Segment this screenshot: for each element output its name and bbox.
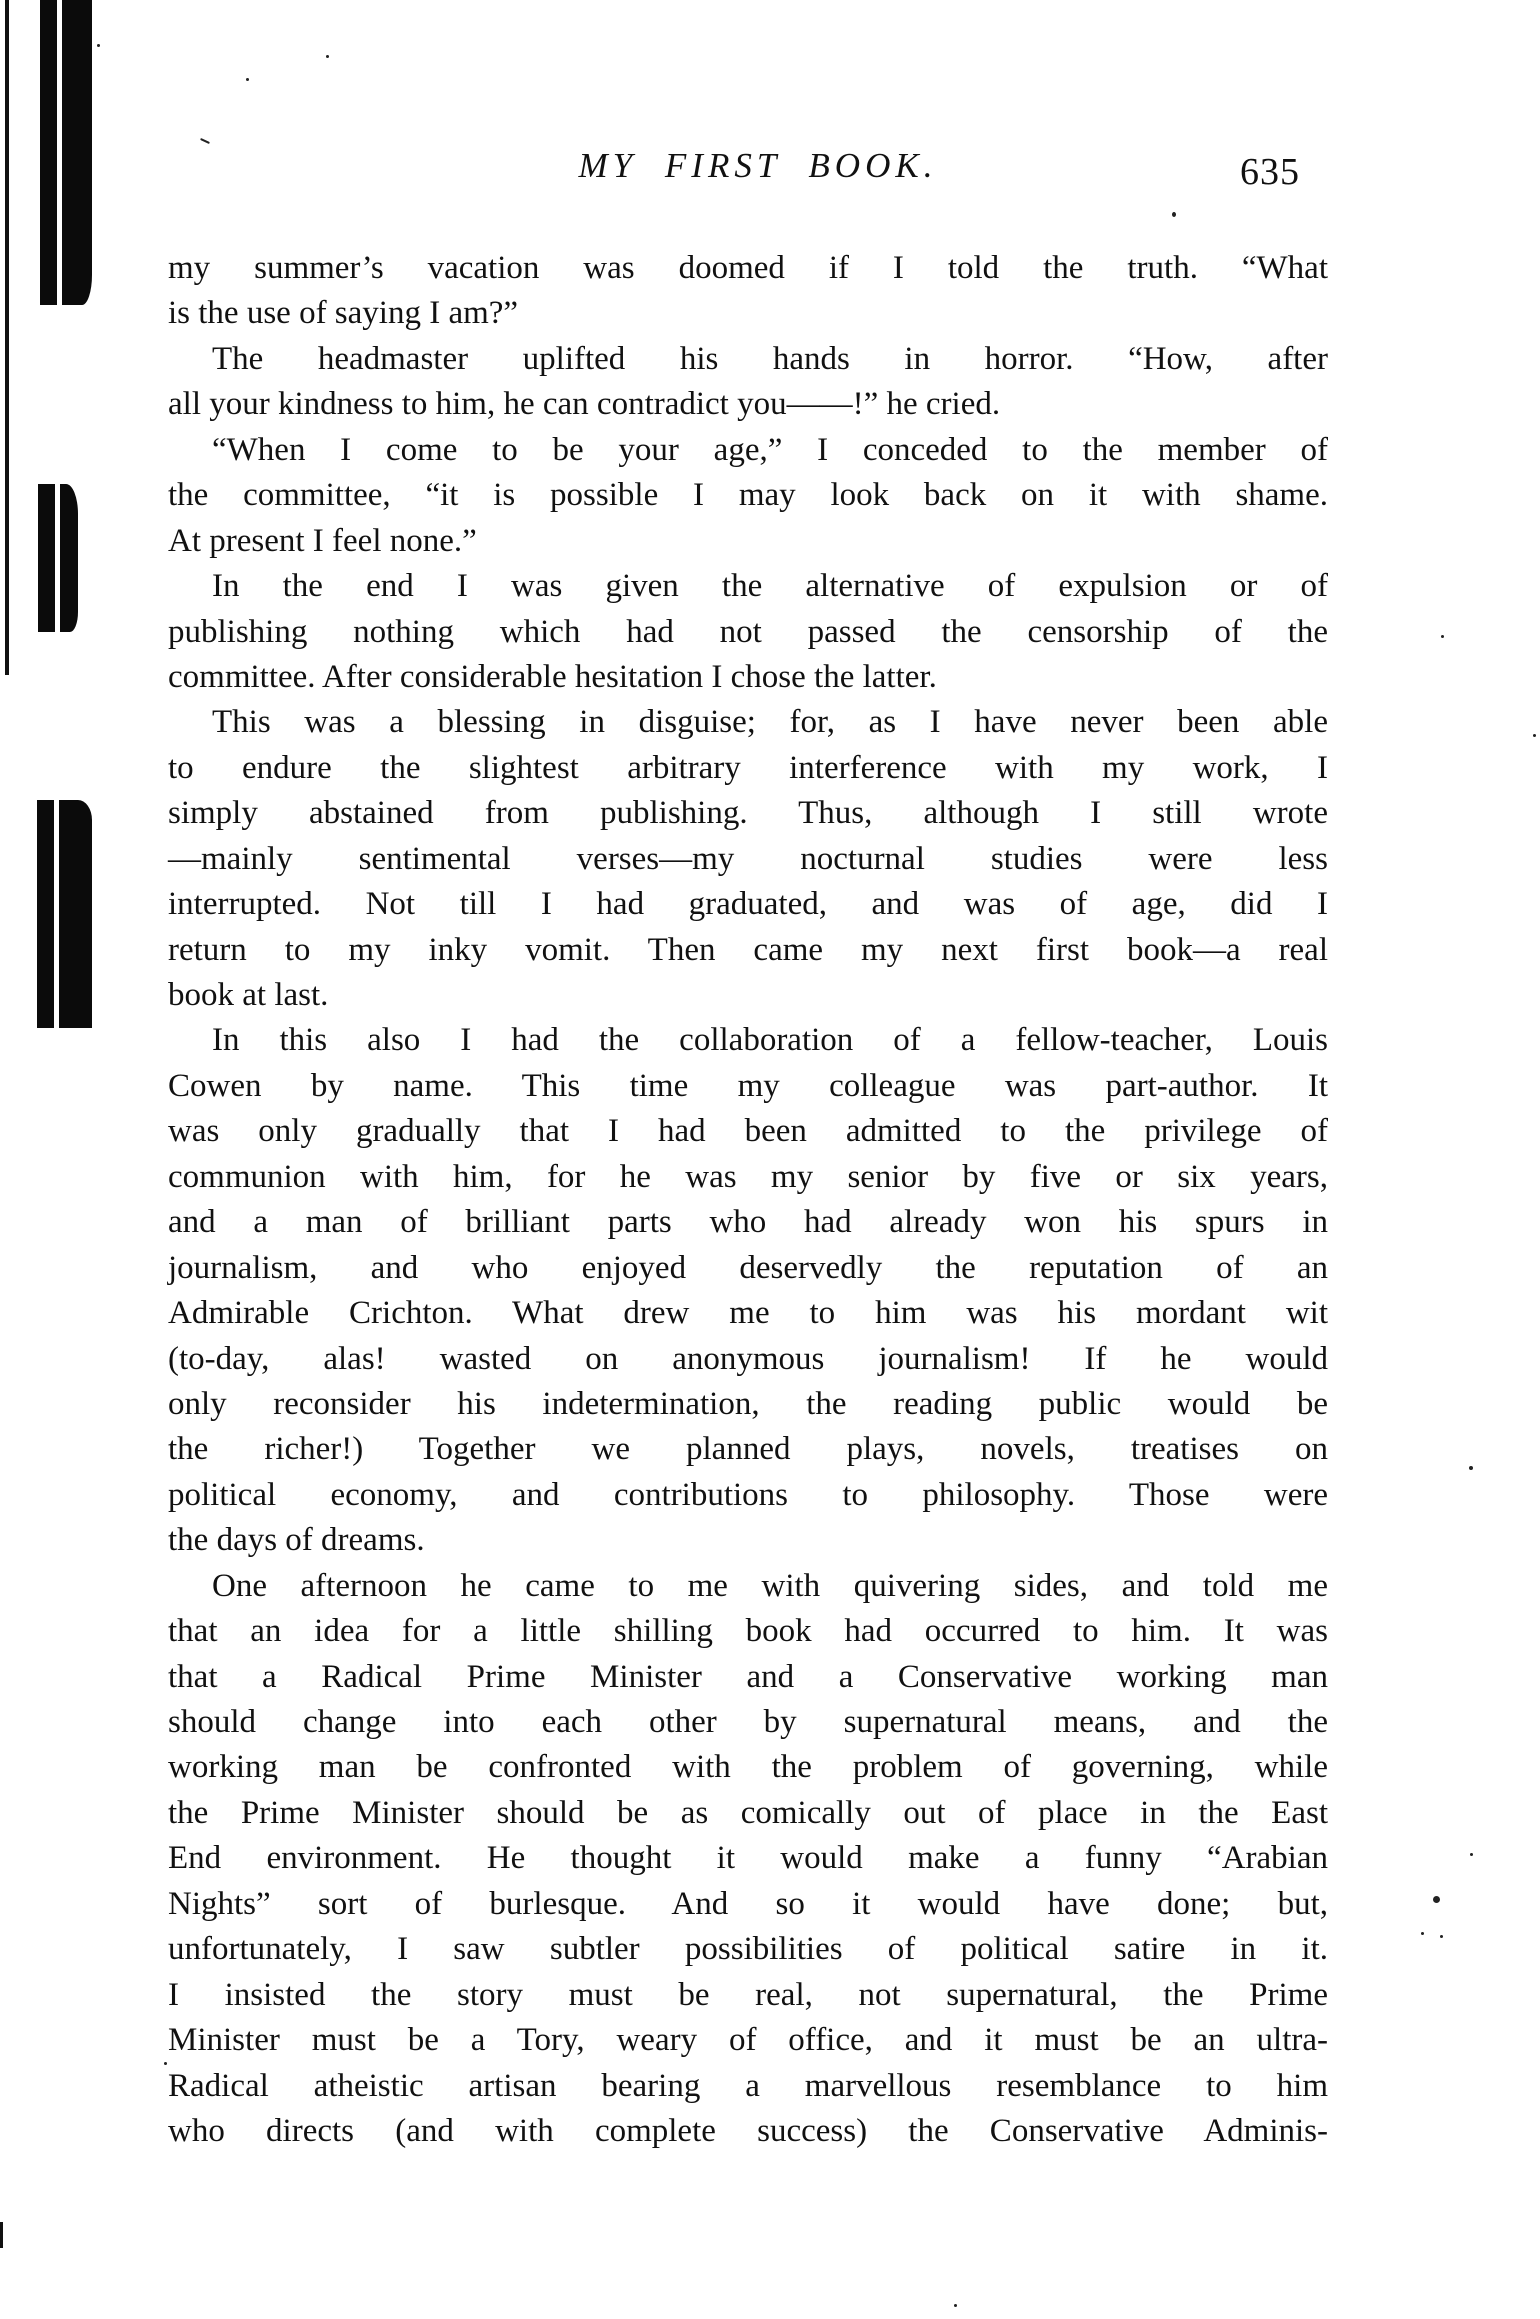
text-line: should change into each other by superna… <box>168 1700 1328 1745</box>
text-line: unfortunately, I saw subtler possibiliti… <box>168 1927 1328 1972</box>
text-line: simply abstained from publishing. Thus, … <box>168 791 1328 836</box>
text-line: communion with him, for he was my senior… <box>168 1155 1328 1200</box>
text-line: journalism, and who enjoyed deservedly t… <box>168 1246 1328 1291</box>
paragraph: One afternoon he came to me with quiveri… <box>168 1564 1328 2155</box>
scan-edge-mark <box>0 2222 3 2248</box>
scan-speck <box>1470 1853 1473 1856</box>
text-line: (to-day, alas! wasted on anonymous journ… <box>168 1337 1328 1382</box>
scan-speck <box>164 2062 167 2065</box>
text-line: —mainly sentimental verses—my nocturnal … <box>168 837 1328 882</box>
text-line: political economy, and contributions to … <box>168 1473 1328 1518</box>
text-line: book at last. <box>168 973 1328 1018</box>
text-line: The headmaster uplifted his hands in hor… <box>168 337 1328 382</box>
scan-speck <box>1172 212 1176 217</box>
running-head: MY FIRST BOOK. <box>0 146 1540 186</box>
text-line: publishing nothing which had not passed … <box>168 610 1328 655</box>
text-line: At present I feel none.” <box>168 519 1328 564</box>
text-line: that an idea for a little shilling book … <box>168 1609 1328 1654</box>
scan-speck <box>1441 635 1444 638</box>
scan-speck <box>1433 1896 1440 1903</box>
paragraph: The headmaster uplifted his hands in hor… <box>168 337 1328 428</box>
text-line: return to my inky vomit. Then came my ne… <box>168 928 1328 973</box>
text-line: the richer!) Together we planned plays, … <box>168 1427 1328 1472</box>
text-line: One afternoon he came to me with quiveri… <box>168 1564 1328 1609</box>
paragraph: In the end I was given the alternative o… <box>168 564 1328 700</box>
scan-speck <box>1440 1935 1443 1938</box>
text-line: Admirable Crichton. What drew me to him … <box>168 1291 1328 1336</box>
text-line: is the use of saying I am?” <box>168 291 1328 336</box>
text-line: and a man of brilliant parts who had alr… <box>168 1200 1328 1245</box>
text-line: This was a blessing in disguise; for, as… <box>168 700 1328 745</box>
text-line: Radical atheistic artisan bearing a marv… <box>168 2064 1328 2109</box>
text-line: End environment. He thought it would mak… <box>168 1836 1328 1881</box>
body-text: my summer’s vacation was doomed if I tol… <box>168 246 1328 2154</box>
text-line: who directs (and with complete success) … <box>168 2109 1328 2154</box>
text-line: Nights” sort of burlesque. And so it wou… <box>168 1882 1328 1927</box>
text-line: I insisted the story must be real, not s… <box>168 1973 1328 2018</box>
text-line: the Prime Minister should be as comicall… <box>168 1791 1328 1836</box>
scanned-book-page: MY FIRST BOOK. 635 my summer’s vacation … <box>0 0 1540 2319</box>
scan-speck <box>1421 1932 1424 1935</box>
scan-binding-shadow-lower <box>37 800 92 1028</box>
text-line: to endure the slightest arbitrary interf… <box>168 746 1328 791</box>
scan-speck <box>954 2304 957 2307</box>
text-line: Minister must be a Tory, weary of office… <box>168 2018 1328 2063</box>
scan-speck <box>1533 734 1536 737</box>
text-line: interrupted. Not till I had graduated, a… <box>168 882 1328 927</box>
text-line: Cowen by name. This time my colleague wa… <box>168 1064 1328 1109</box>
paragraph: my summer’s vacation was doomed if I tol… <box>168 246 1328 337</box>
text-line: all your kindness to him, he can contrad… <box>168 382 1328 427</box>
scan-binding-shadow-middle <box>38 484 78 632</box>
text-line: In the end I was given the alternative o… <box>168 564 1328 609</box>
text-line: working man be confronted with the probl… <box>168 1745 1328 1790</box>
page-number: 635 <box>1240 150 1300 194</box>
text-line: my summer’s vacation was doomed if I tol… <box>168 246 1328 291</box>
scan-binding-edge-line <box>5 0 9 675</box>
text-line: committee. After considerable hesitation… <box>168 655 1328 700</box>
running-head-title: MY FIRST BOOK. <box>579 146 938 185</box>
paragraph: “When I come to be your age,” I conceded… <box>168 428 1328 564</box>
scan-speck <box>200 138 210 144</box>
paragraph: In this also I had the collaboration of … <box>168 1018 1328 1563</box>
text-line: the days of dreams. <box>168 1518 1328 1563</box>
text-line: only reconsider his indetermination, the… <box>168 1382 1328 1427</box>
text-line: was only gradually that I had been admit… <box>168 1109 1328 1154</box>
scan-speck <box>1469 1466 1473 1470</box>
scan-speck <box>97 44 100 47</box>
text-line: the committee, “it is possible I may loo… <box>168 473 1328 518</box>
paragraph: This was a blessing in disguise; for, as… <box>168 700 1328 1018</box>
text-line: In this also I had the collaboration of … <box>168 1018 1328 1063</box>
text-line: that a Radical Prime Minister and a Cons… <box>168 1655 1328 1700</box>
scan-speck <box>326 55 329 58</box>
text-line: “When I come to be your age,” I conceded… <box>168 428 1328 473</box>
scan-speck <box>246 78 249 81</box>
